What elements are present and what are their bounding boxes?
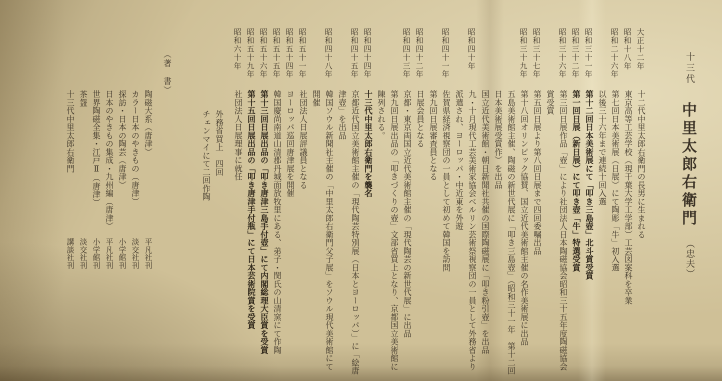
entry-line: 九・十月現代工芸美術家協会ベルリン芸術祭視察団の一員として外務省より派遣され、ヨ… [453,90,479,378]
entry-line: 社団法人日展評議員となる [297,90,310,378]
chronology-entry: 昭和四十四年 十三代中里太郎右衛門を襲名 [362,90,375,378]
entry-line: 韓国ソウル新聞社主催の「中里太郎右衛門父子展」をソウル現代美術館にて開催 [310,90,336,378]
entry-line: 第一回日展（新日展）にて叩き壺「牛」特選受賞 [570,90,583,378]
entry-year: 昭和四十一年 [439,28,452,90]
entry-line: ヨーロッパ巡回唐津展を開催 [284,90,297,378]
entry-line: 京都・東京両国立近代美術館主催の「現代陶芸の新世代展」に出品 [401,90,414,378]
entry-year: 昭和十八年 [621,28,634,90]
chronology-entry: 昭和五十一年 社団法人日展評議員となる [297,90,310,378]
book-item: 茶盌 淡交社刊 [77,90,90,378]
chronology-entry: 昭和四十年 九・十月現代工芸美術家協会ベルリン芸術祭視察団の一員として外務省より… [453,90,479,378]
chronology-entry: 昭和十八年 東京高等工芸学校（現千葉大学工学部）工芸図案科を卒業 [622,90,635,378]
entry-year: 昭和五十五年 [270,28,283,90]
entry-year: 昭和三十七年 [530,28,543,90]
entry-year: 昭和五十九年 [244,28,257,90]
entry-year: 昭和四十二年 [413,28,426,90]
chronology-entry: 昭和四十三年 京都・東京両国立近代美術館主催の「現代陶芸の新世代展」に出品 第九… [375,90,414,378]
chronology-entry: 昭和四十一年 佐賀県経済視察団の一員として初めて韓国を訪問 第九回日展審査員とな… [427,90,453,378]
chronology-entry: 昭和四十五年 京都近代国立美術館主催の「現代陶芸特別展（日本とヨーロッパ）」に「… [336,90,362,378]
entry-line: 十三代中里太郎右衛門を襲名 [362,90,375,378]
book-item: カラー日本のやきもの（唐津） 淡交社刊 [129,90,142,378]
entry-line: 第九回日展審査員となる [427,90,440,378]
entry-line: 第五回日展より第八回日展まで四回委嘱出品 [531,90,544,378]
chronology-entry: 昭和四十二年 日展会員となる [414,90,427,378]
entry-year: 昭和六十年 [231,28,244,90]
chronology: 大正十二年 十二代中里太郎右衛門の長男に生まれる 昭和十八年 東京高等工芸学校（… [232,0,648,381]
chronology-entry: 昭和三十七年 第五回日展より第八回日展まで四回委嘱出品 [531,90,544,378]
entry-line: 京都近代国立美術館主催の「現代陶芸特別展（日本とヨーロッパ）」に「絵唐津壺」を出… [336,90,362,378]
book-item: 探訪・日本の陶芸（唐津） 小学館刊 [116,90,129,378]
entry-line: 第十二回日本美術展にて「叩き三島壺」北斗賞受賞 [583,90,596,378]
document-page: 十三代 中里太郎右衛門 （忠夫） 大正十二年 十二代中里太郎右衛門の長男に生まれ… [0,0,722,381]
book-publisher: 小学館刊 [90,238,103,378]
entry-line: 第十五回日展出品の「叩き唐津手付瓶」にて日本芸術院賞を受賞 [245,90,258,378]
entry-line: 第七回日本美術展（日展）にて陶彫「牛」初入選 [609,90,622,378]
book-item: 世界陶磁全集・江戸Ⅱ（唐津） 小学館刊 [90,90,103,378]
entry-line: 第十八回オリンピック協賛、国立近代美術館主催の名作美術展に出品 [518,90,531,378]
book-item: 陶磁大系（唐津） 平凡社刊 [142,90,155,378]
chronology-entry: 昭和二十六年 第七回日本美術展（日展）にて陶彫「牛」初入選 以後三十六年まで連続… [596,90,622,378]
book-publisher: 淡交社刊 [77,238,90,378]
entry-line: 日展会員となる [414,90,427,378]
chronology-entry: 昭和五十九年 第十五回日展出品の「叩き唐津手付瓶」にて日本芸術院賞を受賞 [245,90,258,378]
entry-year: 昭和四十四年 [361,28,374,90]
note-line: チェンマイにて二回作陶 [200,110,213,370]
entry-line: 韓国慶尚南道山清郡丹城面放牧里にある、弟子・閔氏の山清窯にて作陶 [271,90,284,378]
chronology-entry: 昭和五十四年 ヨーロッパ巡回唐津展を開催 [284,90,297,378]
entry-year: 昭和三十九年 [517,28,530,90]
chronology-entry: 昭和三十一年 第十二回日本美術展にて「叩き三島壺」北斗賞受賞 [583,90,596,378]
entry-line: 以後三十六年まで連続十回入選 [596,90,609,378]
book-item: 日本のやきもの集成・九州編（唐津） 平凡社刊 [103,90,116,378]
entry-line: 第三回日展作品「壺」により社団法人日本陶磁協会昭和三十五年度陶磁協会賞受賞 [544,90,570,378]
entry-year: 昭和三十六年 [556,28,569,90]
entry-line: 社団法人日展理事に就任 [232,90,245,378]
book-publisher: 平凡社刊 [103,238,116,378]
chronology-entry: 昭和六十年 社団法人日展理事に就任 [232,90,245,378]
given-name: （忠夫） [684,239,694,279]
entry-year: 昭和四十三年 [400,28,413,90]
entry-line: 十二代中里太郎右衛門の長男に生まれる [635,90,648,378]
entry-line: 国立近代美術館・朝日新聞社共催の国際陶磁展に「叩き粉引壺」を出品 [479,90,492,378]
chronology-entry: 大正十二年 十二代中里太郎右衛門の長男に生まれる [635,90,648,378]
artist-name: 中里太郎右衛門 [680,102,698,228]
books-list: 陶磁大系（唐津） 平凡社刊 カラー日本のやきもの（唐津） 淡交社刊 探訪・日本の… [64,0,155,381]
entry-year: 昭和五十六年 [257,28,270,90]
entry-year: 昭和四十八年 [322,28,335,90]
chronology-entry: 昭和四十八年 韓国ソウル新聞社主催の「中里太郎右衛門父子展」をソウル現代美術館に… [310,90,336,378]
chronology-entry: 昭和五十五年 韓国慶尚南道山清郡丹城面放牧里にある、弟子・閔氏の山清窯にて作陶 [271,90,284,378]
entry-line: 第十三回日展出品の「叩き唐津三島手付壺」にて内閣総理大臣賞を受賞 [258,90,271,378]
entry-line: 東京高等工芸学校（現千葉大学工学部）工芸図案科を卒業 [622,90,635,378]
entry-line: 第九回日展出品の「叩きづくりの壺」文部省買上となり、京都国立美術館に陳列される。 [375,90,401,378]
biography-text: 十三代 中里太郎右衛門 （忠夫） 大正十二年 十二代中里太郎右衛門の長男に生まれ… [8,0,708,381]
title-column: 十三代 中里太郎右衛門 （忠夫） [682,52,696,372]
note-line: 外務省買上 四回 [213,110,226,370]
book-publisher: 淡交社刊 [129,238,142,378]
books-section-header: （著 書） [161,50,174,350]
supplementary-notes: 外務省買上 四回 チェンマイにて二回作陶 [200,110,226,370]
entry-year: 昭和三十二年 [569,28,582,90]
entry-year: 昭和二十六年 [608,28,621,90]
entry-line: 佐賀県経済視察団の一員として初めて韓国を訪問 [440,90,453,378]
book-publisher: 小学館刊 [116,238,129,378]
chronology-entry: 昭和三十二年 第一回日展（新日展）にて叩き壺「牛」特選受賞 [570,90,583,378]
chronology-entry: 昭和五十六年 第十三回日展出品の「叩き唐津三島手付壺」にて内閣総理大臣賞を受賞 [258,90,271,378]
chronology-entry: 昭和三十六年 第三回日展作品「壺」により社団法人日本陶磁協会昭和三十五年度陶磁協… [544,90,570,378]
entry-year: 大正十二年 [634,28,647,90]
generation-label: 十三代 [684,52,694,85]
chronology-entry: 昭和三十九年 第十八回オリンピック協賛、国立近代美術館主催の名作美術展に出品 五… [479,90,531,378]
book-publisher: 平凡社刊 [142,238,155,378]
entry-year: 昭和三十一年 [582,28,595,90]
book-publisher: 講談社刊 [64,238,77,378]
entry-year: 昭和四十五年 [348,28,361,90]
book-item: 十三代中里太郎右衛門 講談社刊 [64,90,77,378]
entry-year: 昭和四十年 [465,28,478,90]
entry-year: 昭和五十四年 [283,28,296,90]
entry-year: 昭和五十一年 [296,28,309,90]
entry-line: 五島美術館主催、陶磁の新世代展に「叩き三島壺」（昭和三十一年 第十二回日本美術展… [492,90,518,378]
